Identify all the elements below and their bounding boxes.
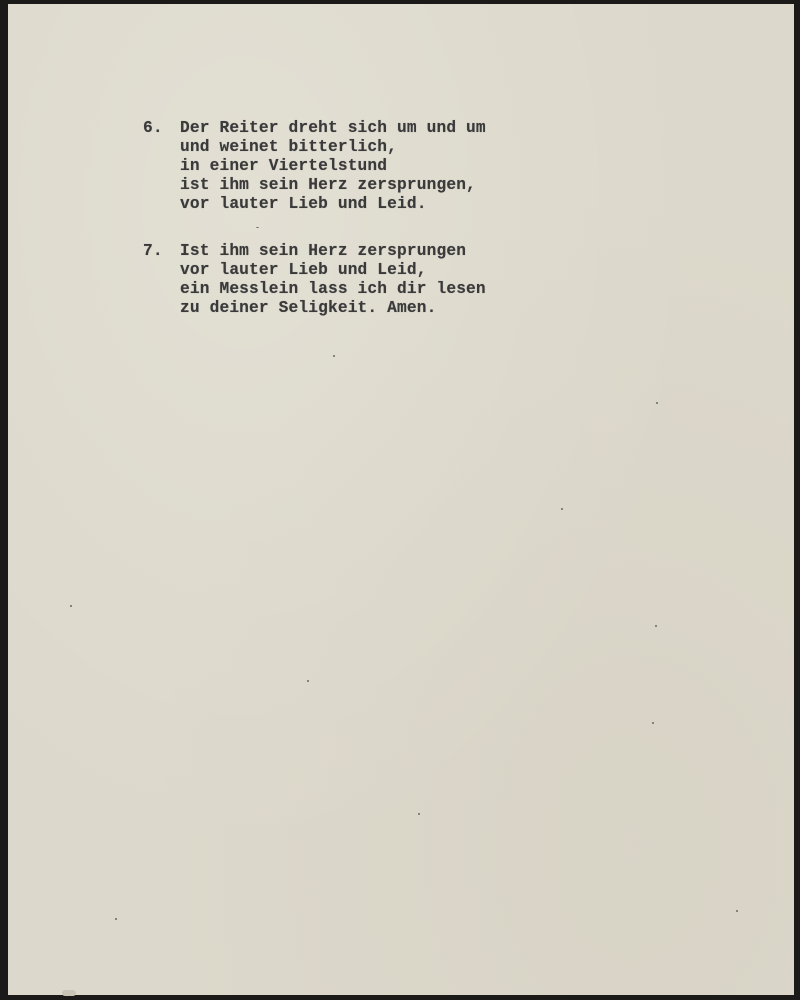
verse-line: 7.Ist ihm sein Herz zersprungen [143,242,486,261]
verse-7: 7.Ist ihm sein Herz zersprungen vor laut… [143,242,486,318]
verse-line: und weinet bitterlich, [143,138,486,157]
paper-speck [70,605,72,607]
verse-line: in einer Viertelstund [143,157,486,176]
paper-speck [418,813,420,815]
paper-speck [256,227,259,228]
scanned-page: 6.Der Reiter dreht sich um und um und we… [0,0,800,1000]
paper-speck [307,680,309,682]
verse-line: vor lauter Lieb und Leid. [143,195,486,214]
paper-speck [736,910,738,912]
verse-number: 6. [143,119,180,138]
paper-speck [561,508,563,510]
paper-speck [656,402,658,404]
paper-speck [115,918,117,920]
verse-line: zu deiner Seligkeit. Amen. [143,299,486,318]
verse-number: 7. [143,242,180,261]
verse-line: 6.Der Reiter dreht sich um und um [143,119,486,138]
verse-line: ein Messlein lass ich dir lesen [143,280,486,299]
paper-speck [333,355,335,357]
verse-line: vor lauter Lieb und Leid, [143,261,486,280]
verse-line: ist ihm sein Herz zersprungen, [143,176,486,195]
verse-6: 6.Der Reiter dreht sich um und um und we… [143,119,486,214]
paper-speck [652,722,654,724]
paper-speck [655,625,657,627]
paper-edge-tear [62,990,76,996]
